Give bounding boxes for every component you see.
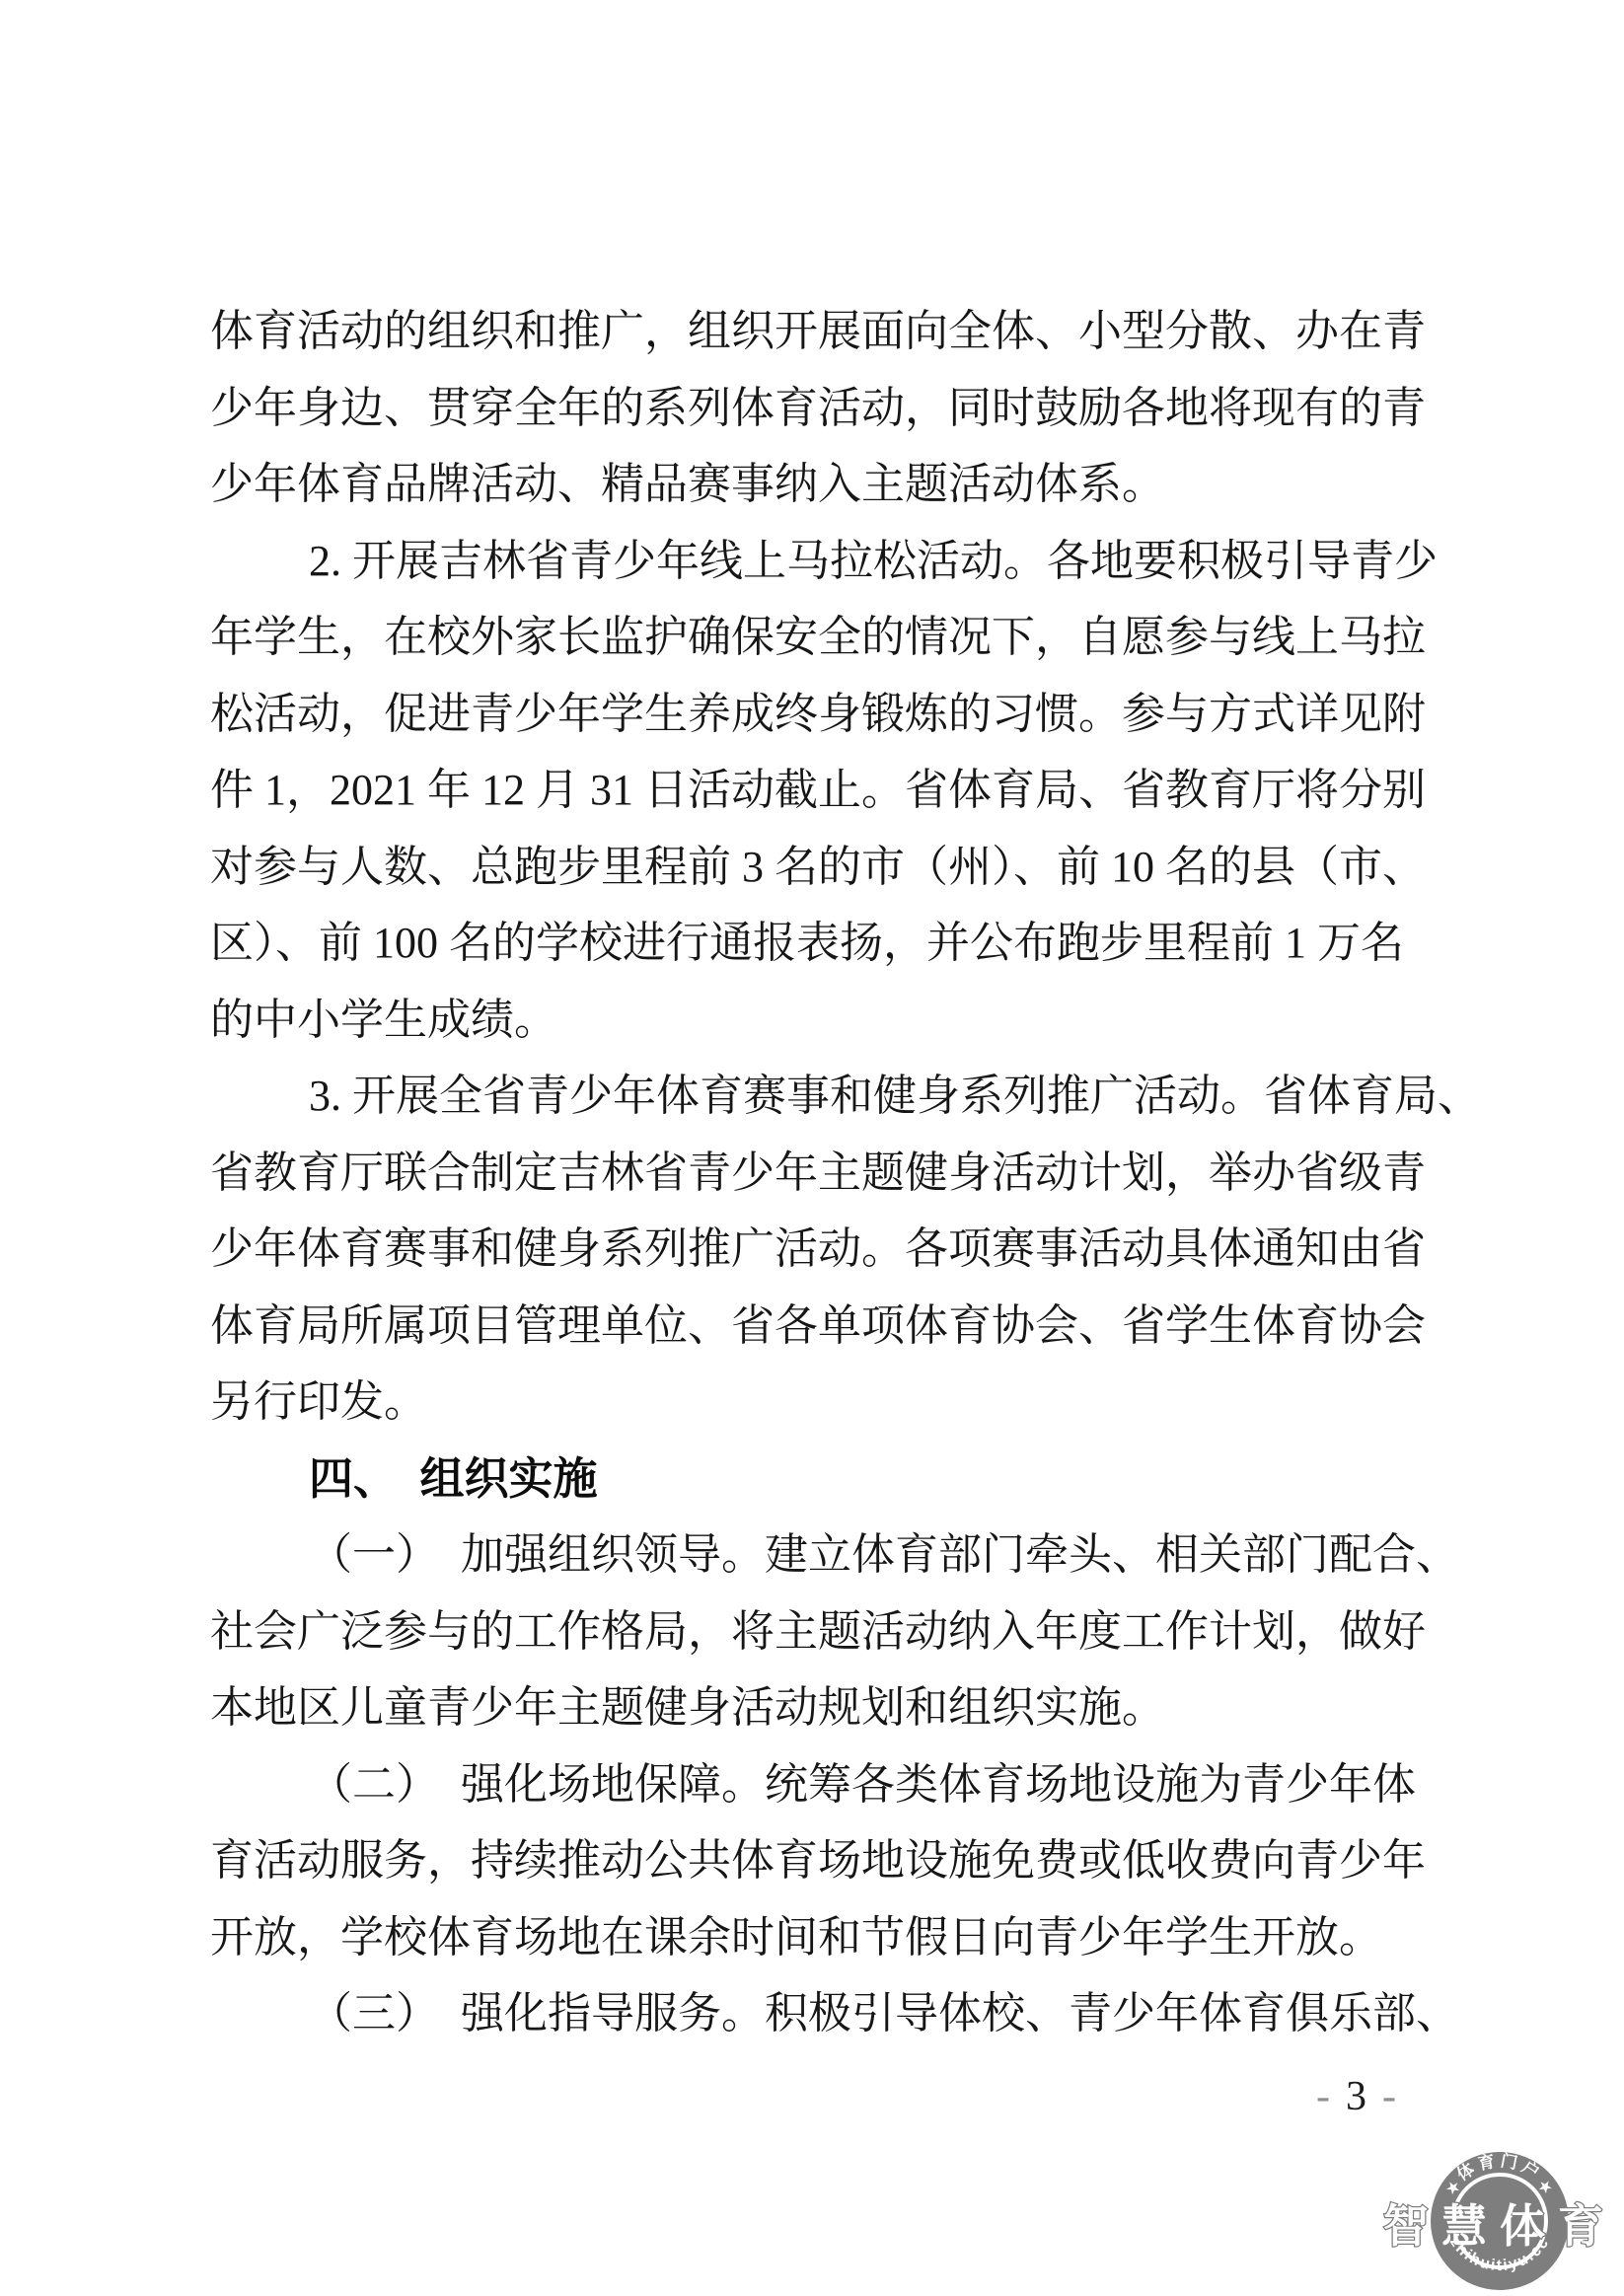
text-line: 少年体育品牌活动、精品赛事纳入主题活动体系。 [210, 446, 1434, 523]
text-line: 对参与人数、总跑步里程前 3 名的市（州）、前 10 名的县（市、 [210, 829, 1434, 906]
text-line: 的中小学生成绩。 [210, 982, 1434, 1059]
text-line: 体育活动的组织和推广，组织开展面向全体、小型分散、办在青 [210, 293, 1434, 370]
text-line: 3. 开展全省青少年体育赛事和健身系列推广活动。省体育局、 [210, 1058, 1434, 1135]
watermark-main-text: 智慧体育 [1383, 2200, 1616, 2252]
watermark-badge: 体育门户 ★ ★ 智慧体育 zhihuitiyu.cc [1371, 2121, 1624, 2296]
text-line: 另行印发。 [210, 1364, 1434, 1441]
text-line: 省教育厅联合制定吉林省青少年主题健身活动计划，举办省级青 [210, 1135, 1434, 1212]
text-line: 体育局所属项目管理单位、省各单项体育协会、省学生体育协会 [210, 1288, 1434, 1365]
text-line: 2. 开展吉林省青少年线上马拉松活动。各地要积极引导青少 [210, 523, 1434, 600]
page-number-value: 3 [1346, 2074, 1366, 2119]
text-line: 区）、前 100 名的学校进行通报表扬，并公布跑步里程前 1 万名 [210, 905, 1434, 982]
text-line: 社会广泛参与的工作格局，将主题活动纳入年度工作计划，做好 [210, 1593, 1434, 1670]
page-number-dash-left: - [1316, 2074, 1330, 2119]
text-line: （三） 强化指导服务。积极引导体校、青少年体育俱乐部、 [210, 1975, 1434, 2052]
text-line: 育活动服务，持续推动公共体育场地设施免费或低收费向青少年 [210, 1822, 1434, 1899]
page-number: - 3 - [1316, 2074, 1396, 2119]
document-page: 体育活动的组织和推广，组织开展面向全体、小型分散、办在青少年身边、贯穿全年的系列… [0, 0, 1624, 2296]
text-line: 件 1，2021 年 12 月 31 日活动截止。省体育局、省教育厅将分别 [210, 752, 1434, 829]
text-line: 本地区儿童青少年主题健身活动规划和组织实施。 [210, 1669, 1434, 1746]
page-number-dash-right: - [1382, 2074, 1396, 2119]
text-line: 年学生，在校外家长监护确保安全的情况下，自愿参与线上马拉 [210, 599, 1434, 676]
document-body: 体育活动的组织和推广，组织开展面向全体、小型分散、办在青少年身边、贯穿全年的系列… [210, 293, 1434, 2052]
text-line: 松活动，促进青少年学生养成终身锻炼的习惯。参与方式详见附 [210, 676, 1434, 753]
text-line: 开放，学校体育场地在课余时间和节假日向青少年学生开放。 [210, 1899, 1434, 1976]
section-heading: 四、 组织实施 [210, 1441, 1434, 1518]
text-line: （二） 强化场地保障。统筹各类体育场地设施为青少年体 [210, 1746, 1434, 1823]
text-line: （一） 加强组织领导。建立体育部门牵头、相关部门配合、 [210, 1517, 1434, 1593]
text-line: 少年身边、贯穿全年的系列体育活动，同时鼓励各地将现有的青 [210, 370, 1434, 447]
text-line: 少年体育赛事和健身系列推广活动。各项赛事活动具体通知由省 [210, 1211, 1434, 1288]
